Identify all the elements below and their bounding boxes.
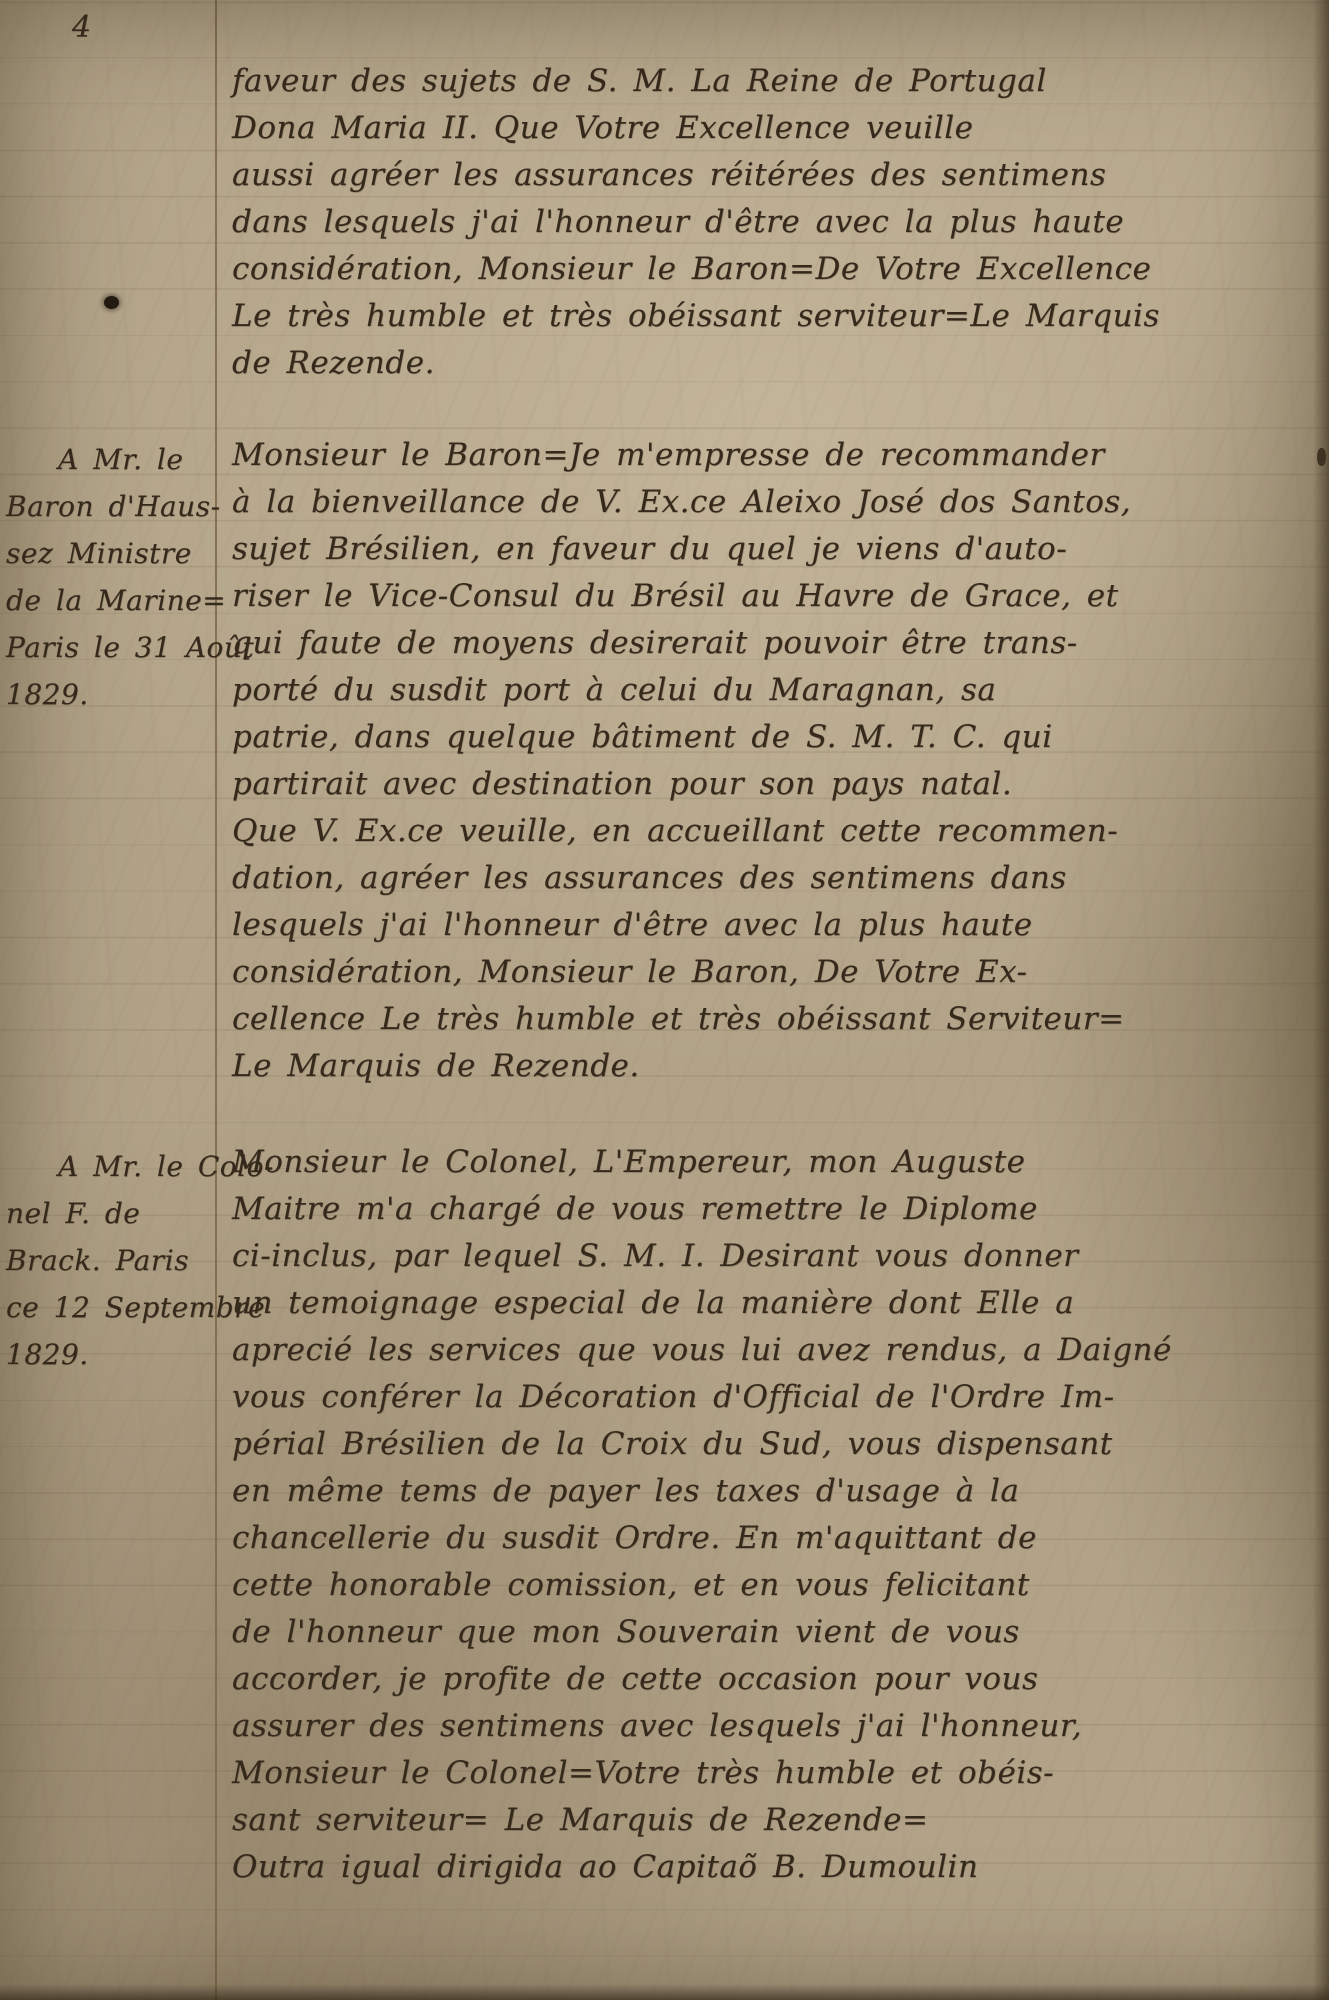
handwritten-text-line: Monsieur le Colonel=Votre très humble et… [232, 1750, 1322, 1797]
handwritten-text-line: Maitre m'a chargé de vous remettre le Di… [232, 1186, 1322, 1233]
handwritten-text-line: aprecié les services que vous lui avez r… [232, 1327, 1322, 1374]
handwritten-text-line: riser le Vice-Consul du Brésil au Havre … [232, 573, 1322, 620]
margin-note-line: sez Ministre [6, 530, 210, 577]
handwritten-text-line: lesquels j'ai l'honneur d'être avec la p… [232, 902, 1322, 949]
margin-note-line: A Mr. le Colo- [6, 1143, 210, 1190]
handwritten-text-line: chancellerie du susdit Ordre. En m'aquit… [232, 1515, 1322, 1562]
handwritten-text-line: Dona Maria II. Que Votre Excellence veui… [232, 105, 1322, 152]
handwritten-text-line: considération, Monsieur le Baron, De Vot… [232, 949, 1322, 996]
handwritten-text-line: en même tems de payer les taxes d'usage … [232, 1468, 1322, 1515]
margin-note-line: nel F. de [6, 1190, 210, 1237]
handwritten-text-line: sujet Brésilien, en faveur du quel je vi… [232, 526, 1322, 573]
handwritten-text-line: Le très humble et très obéissant servite… [232, 293, 1322, 340]
handwritten-text-line: périal Brésilien de la Croix du Sud, vou… [232, 1421, 1322, 1468]
handwritten-text-line: sant serviteur= Le Marquis de Rezende= [232, 1797, 1322, 1844]
handwritten-text-line: Le Marquis de Rezende. [232, 1043, 1322, 1090]
handwritten-text-line: ci-inclus, par lequel S. M. I. Desirant … [232, 1233, 1322, 1280]
handwritten-text-line: de Rezende. [232, 340, 1322, 387]
page-number: 4 [72, 10, 92, 45]
handwritten-text-line: dans lesquels j'ai l'honneur d'être avec… [232, 199, 1322, 246]
handwritten-text-line: à la bienveillance de V. Ex.ce Aleixo Jo… [232, 479, 1322, 526]
handwritten-text-line: aussi agréer les assurances réitérées de… [232, 152, 1322, 199]
handwritten-text-line: porté du susdit port à celui du Maragnan… [232, 667, 1322, 714]
letter-body: Monsieur le Baron=Je m'empresse de recom… [232, 432, 1322, 1090]
margin-rule-line [215, 0, 217, 2000]
page-edge-shadow-bottom [0, 1984, 1329, 2000]
ink-blot [104, 296, 119, 309]
handwritten-text-line: cellence Le très humble et très obéissan… [232, 996, 1322, 1043]
margin-note-line: 1829. [6, 671, 210, 718]
page-edge-shadow-right [1313, 0, 1329, 2000]
handwritten-text-line: considération, Monsieur le Baron=De Votr… [232, 246, 1322, 293]
handwritten-text-line: accorder, je profite de cette occasion p… [232, 1656, 1322, 1703]
handwritten-text-line: vous conférer la Décoration d'Official d… [232, 1374, 1322, 1421]
handwritten-text-line: partirait avec destination pour son pays… [232, 761, 1322, 808]
letter-body: faveur des sujets de S. M. La Reine de P… [232, 58, 1322, 387]
handwritten-text-line: de l'honneur que mon Souverain vient de … [232, 1609, 1322, 1656]
margin-note-line: Paris le 31 Août [6, 624, 210, 671]
margin-note-line: 1829. [6, 1331, 210, 1378]
handwritten-text-line: un temoignage especial de la manière don… [232, 1280, 1322, 1327]
margin-note-line: de la Marine= [6, 577, 210, 624]
margin-note: A Mr. leBaron d'Haus-sez Ministrede la M… [6, 436, 210, 718]
handwritten-text-line: faveur des sujets de S. M. La Reine de P… [232, 58, 1322, 105]
handwritten-text-line: qui faute de moyens desirerait pouvoir ê… [232, 620, 1322, 667]
margin-note-line: Brack. Paris [6, 1237, 210, 1284]
handwritten-text-line: Que V. Ex.ce veuille, en accueillant cet… [232, 808, 1322, 855]
handwritten-text-line: cette honorable comission, et en vous fe… [232, 1562, 1322, 1609]
handwritten-text-line: Outra igual dirigida ao Capitaõ B. Dumou… [232, 1844, 1322, 1891]
margin-note-line: ce 12 Septembre [6, 1284, 210, 1331]
handwritten-text-line: dation, agréer les assurances des sentim… [232, 855, 1322, 902]
handwritten-text-line: assurer des sentimens avec lesquels j'ai… [232, 1703, 1322, 1750]
manuscript-page: 4 faveur des sujets de S. M. La Reine de… [0, 0, 1329, 2000]
margin-note: A Mr. le Colo-nel F. deBrack. Parisce 12… [6, 1143, 210, 1378]
letter-body: Monsieur le Colonel, L'Empereur, mon Aug… [232, 1139, 1322, 1891]
margin-note-line: A Mr. le [6, 436, 210, 483]
handwritten-text-line: patrie, dans quelque bâtiment de S. M. T… [232, 714, 1322, 761]
handwritten-text-line: Monsieur le Baron=Je m'empresse de recom… [232, 432, 1322, 479]
margin-note-line: Baron d'Haus- [6, 483, 210, 530]
handwritten-text-line: Monsieur le Colonel, L'Empereur, mon Aug… [232, 1139, 1322, 1186]
